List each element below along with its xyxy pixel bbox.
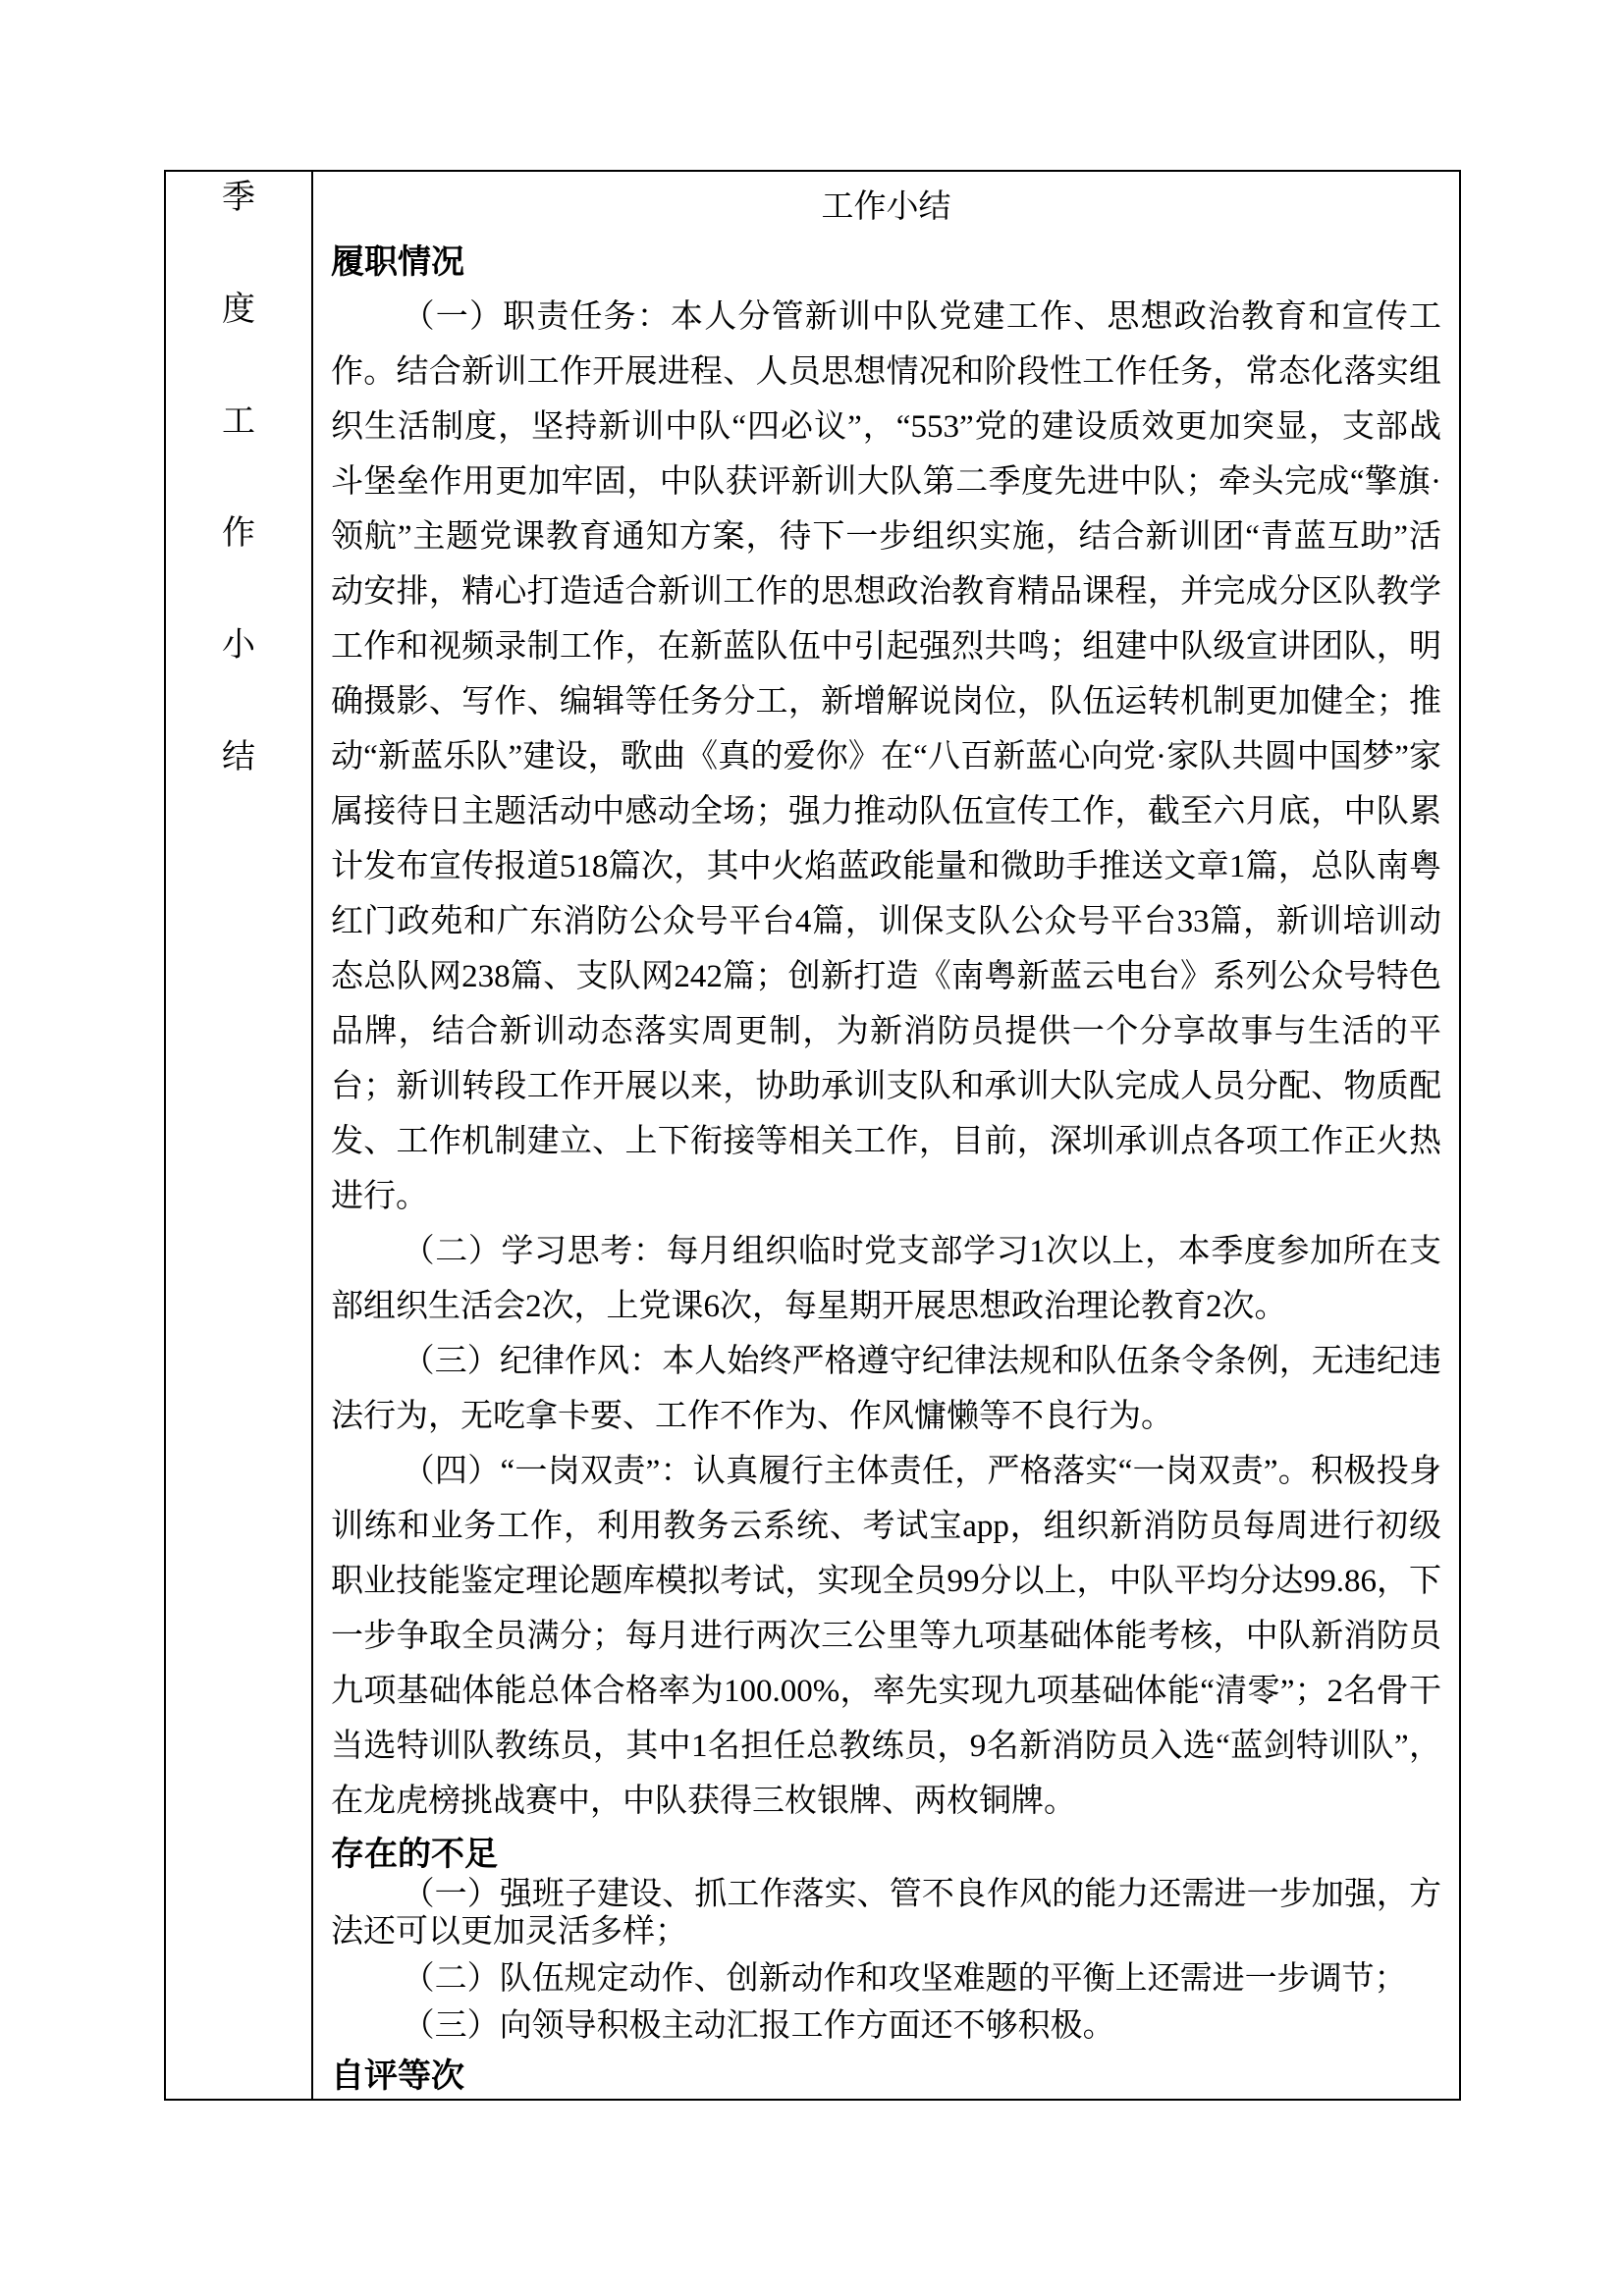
page: { "table": { "row_label_chars": ["季", "度… [0, 0, 1624, 2296]
shortcoming-paragraph-1: （一）强班子建设、抓工作落实、管不良作风的能力还需进一步加强，方法还可以更加灵活… [331, 1876, 1441, 1950]
shortcoming-paragraph-3: （三）向领导积极主动汇报工作方面还不够积极。 [331, 2007, 1441, 2045]
performance-paragraph-dual-duty: （四）“一岗双责”：认真履行主体责任，严格落实“一岗双责”。积极投身训练和业务工… [331, 1444, 1441, 1829]
vertical-label-char: 工 [222, 405, 255, 439]
quarterly-summary-table: 季 度 工 作 小 结 工作小结 履职情况 （一）职责任务：本人分管新训中队党建… [164, 170, 1461, 2101]
section-heading-performance: 履职情况 [331, 235, 1441, 290]
vertical-label-char: 作 [222, 517, 255, 551]
row-header-cell: 季 度 工 作 小 结 [166, 172, 313, 2099]
content-cell: 工作小结 履职情况 （一）职责任务：本人分管新训中队党建工作、思想政治教育和宣传… [313, 172, 1459, 2099]
vertical-label-char: 度 [222, 294, 255, 327]
performance-paragraph-study: （二）学习思考：每月组织临时党支部学习1次以上，本季度参加所在支部组织生活会2次… [331, 1224, 1441, 1334]
section-heading-self-rating: 自评等次 [331, 2055, 1441, 2098]
vertical-label-char: 小 [222, 629, 255, 663]
vertical-label-char: 季 [222, 182, 255, 215]
performance-paragraph-duty: （一）职责任务：本人分管新训中队党建工作、思想政治教育和宣传工作。结合新训工作开… [331, 290, 1441, 1224]
performance-paragraph-discipline: （三）纪律作风：本人始终严格遵守纪律法规和队伍条令条例，无违纪违法行为，无吃拿卡… [331, 1334, 1441, 1444]
shortcoming-paragraph-2: （二）队伍规定动作、创新动作和攻坚难题的平衡上还需进一步调节； [331, 1960, 1441, 1998]
table-title: 工作小结 [331, 180, 1441, 235]
section-heading-shortcomings: 存在的不足 [331, 1833, 1441, 1876]
vertical-label-char: 结 [222, 741, 255, 774]
